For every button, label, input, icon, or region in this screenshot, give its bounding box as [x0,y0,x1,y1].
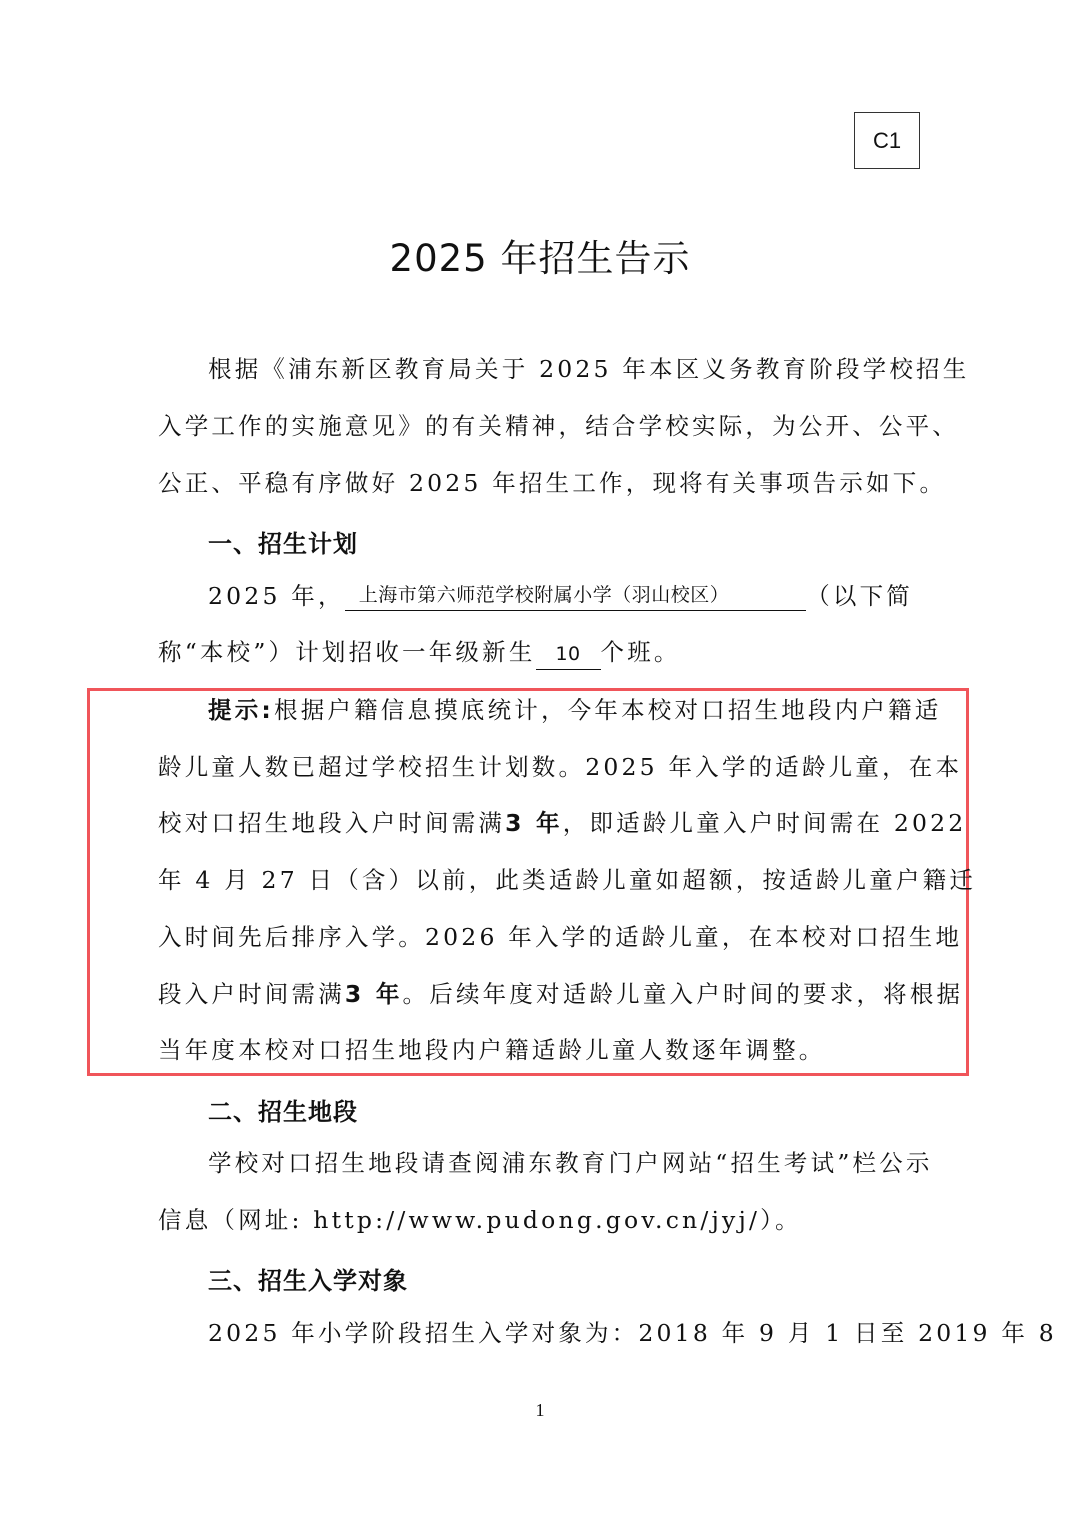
notice-line-6: 段入户时间需满3 年。后续年度对适龄儿童入户时间的要求，将根据 [158,979,913,1009]
notice-text-6a: 段入户时间需满 [158,980,345,1008]
section2-line-2: 信息（网址: http://www.pudong.gov.cn/jyj/）。 [158,1205,913,1235]
page-title: 2025 年招生告示 [0,228,1080,282]
notice-bold-years-2: 3 年 [345,980,403,1008]
notice-text-6b: 。后续年度对适龄儿童入户时间的要求，将根据 [403,980,964,1008]
notice-line-7: 当年度本校对口招生地段内户籍适龄儿童人数逐年调整。 [158,1035,913,1065]
section2-heading: 二、招生地段 [208,1092,358,1127]
section1-year-prefix: 2025 年， [208,581,345,611]
section2-line-1: 学校对口招生地段请查阅浦东教育门户网站“招生考试”栏公示 [208,1148,913,1178]
intro-line-1: 根据《浦东新区教育局关于 2025 年本区义务教育阶段学校招生 [208,354,913,384]
notice-line-3: 校对口招生地段入户时间需满3 年，即适龄儿童入户时间需在 2022 [158,808,913,838]
section1-line2-prefix: 称“本校”）计划招收一年级新生 [158,638,536,666]
notice-label: 提示: [208,696,274,724]
class-count-field: 10 [536,639,601,670]
notice-line-4: 年 4 月 27 日（含）以前，此类适龄儿童如超额，按适龄儿童户籍迁 [158,865,913,895]
section1-abbrev-suffix: （以下简 [806,581,913,611]
notice-text-1: 根据户籍信息摸底统计，今年本校对口招生地段内户籍适 [274,696,942,724]
intro-line-2: 入学工作的实施意见》的有关精神，结合学校实际，为公开、公平、 [158,411,913,441]
notice-line-1: 提示:根据户籍信息摸底统计，今年本校对口招生地段内户籍适 [208,695,913,725]
notice-text-3b: ，即适龄儿童入户时间需在 2022 [563,809,967,837]
notice-line-5: 入时间先后排序入学。2026 年入学的适龄儿童，在本校对口招生地 [158,922,913,952]
notice-text-3a: 校对口招生地段入户时间需满 [158,809,505,837]
school-name-field: 上海市第六师范学校附属小学（羽山校区） [345,580,807,611]
section1-line2-suffix: 个班。 [601,638,681,666]
section3-heading: 三、招生入学对象 [208,1261,408,1296]
notice-line-2: 龄儿童人数已超过学校招生计划数。2025 年入学的适龄儿童，在本 [158,752,913,782]
section1-line-1: 2025 年， 上海市第六师范学校附属小学（羽山校区） （以下简 [208,580,913,611]
notice-bold-years-1: 3 年 [505,809,563,837]
page-number: 1 [0,1400,1080,1421]
section1-heading: 一、招生计划 [208,524,358,559]
document-code: C1 [873,128,901,154]
section3-line-1: 2025 年小学阶段招生入学对象为：2018 年 9 月 1 日至 2019 年… [208,1318,913,1348]
document-code-box: C1 [854,112,920,169]
intro-line-3: 公正、平稳有序做好 2025 年招生工作，现将有关事项告示如下。 [158,468,913,498]
section1-line-2: 称“本校”）计划招收一年级新生10个班。 [158,637,913,670]
